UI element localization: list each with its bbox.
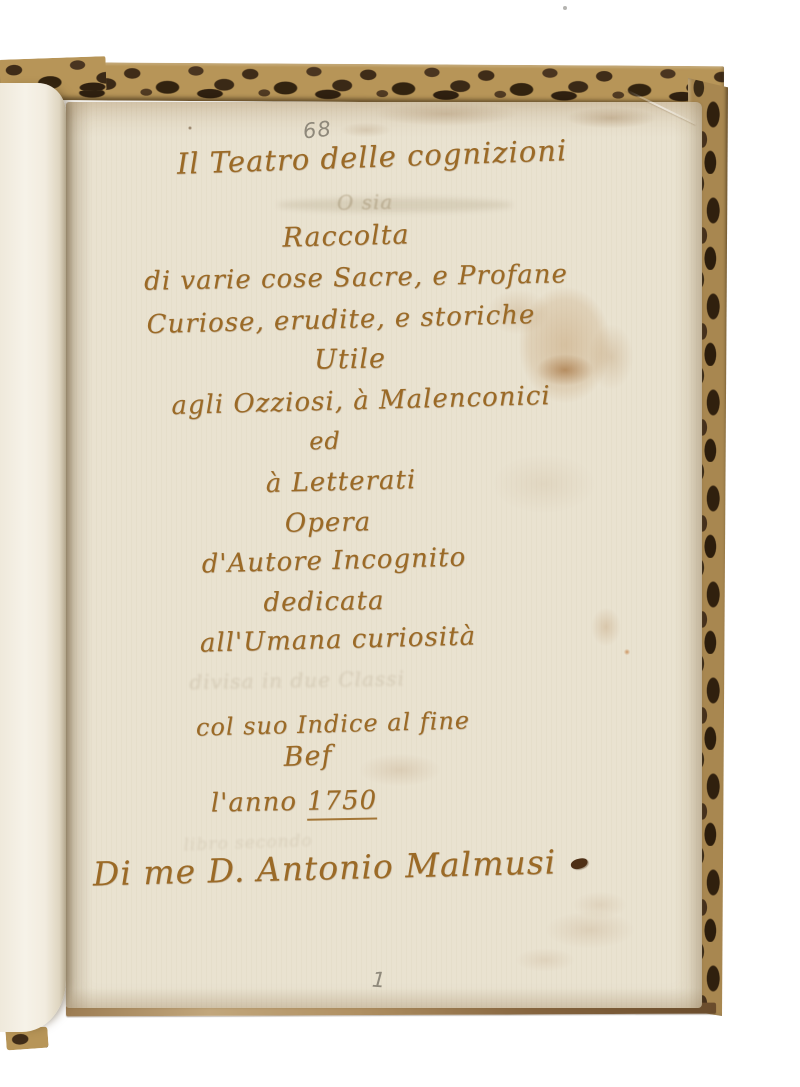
- line-opera: Opera: [285, 507, 372, 539]
- line-dedicata: dedicata: [263, 586, 385, 618]
- line-letterati: à Letterati: [265, 465, 416, 499]
- anno-year-underlined: 1750: [307, 786, 378, 821]
- signature-text: Di me D. Antonio Malmusi: [92, 842, 556, 893]
- line-oziosi: agli Ozziosi, à Malenconici: [171, 381, 551, 421]
- line-bef: Bef: [283, 740, 333, 773]
- line-autore: d'Autore Incognito: [201, 543, 466, 580]
- ink-blob: [569, 857, 588, 870]
- anno-label: l'anno: [211, 787, 298, 818]
- page-number-pencil: 1: [371, 968, 387, 993]
- title-line: Il Teatro delle cognizioni: [176, 133, 567, 181]
- line-indice: col suo Indice al fine: [196, 706, 471, 741]
- folio-number-pencil: 68: [302, 117, 333, 144]
- photo-white-background: 68 Il Teatro delle cognizioni O sia Racc…: [0, 0, 800, 1087]
- smudge-band: [277, 198, 513, 212]
- dust-speck: [563, 6, 567, 10]
- line-umana: all'Umana curiosità: [200, 621, 477, 658]
- line-anno: l'anno1750: [211, 786, 378, 819]
- line-raccolta: Raccolta: [282, 219, 410, 253]
- line-varie-cose: di varie cose Sacre, e Profane: [144, 259, 568, 296]
- facing-page-curl: [0, 83, 66, 1032]
- manuscript-page: 68 Il Teatro delle cognizioni O sia Racc…: [66, 102, 702, 1008]
- subtitle-osia-line: O sia: [337, 190, 394, 215]
- signature-line: Di me D. Antonio Malmusi: [92, 842, 587, 894]
- line-curiose: Curiose, erudite, e storiche: [146, 300, 535, 340]
- ghost-line-erased: divisa in due Classi: [189, 666, 405, 694]
- line-utile: Utile: [314, 343, 386, 375]
- line-ed: ed: [309, 427, 341, 456]
- cover-top-edge: [0, 62, 724, 104]
